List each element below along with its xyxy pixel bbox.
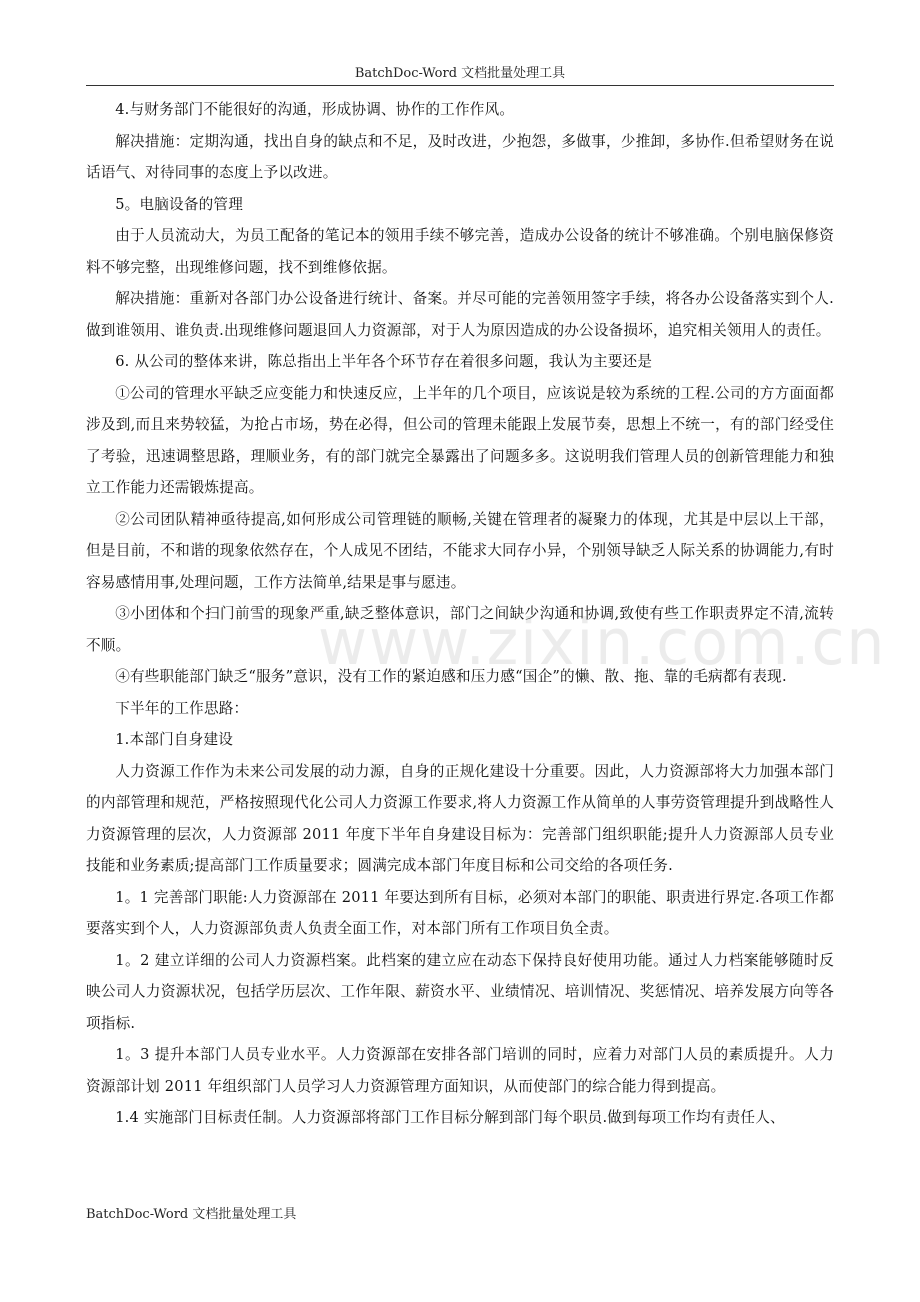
section-heading: 1.本部门自身建设 xyxy=(86,724,834,756)
paragraph: 4.与财务部门不能很好的沟通，形成协调、协作的工作作风。 xyxy=(86,94,834,126)
page-header: BatchDoc-Word 文档批量处理工具 xyxy=(86,64,834,84)
paragraph: ②公司团队精神亟待提高,如何形成公司管理链的顺畅,关键在管理者的凝聚力的体现，尤… xyxy=(86,504,834,599)
paragraph: 解决措施：重新对各部门办公设备进行统计、备案。并尽可能的完善领用签字手续，将各办… xyxy=(86,283,834,346)
paragraph: 解决措施：定期沟通，找出自身的缺点和不足，及时改进，少抱怨，多做事，少推卸，多协… xyxy=(86,126,834,189)
header-divider xyxy=(86,85,834,86)
paragraph: ④有些职能部门缺乏“服务”意识，没有工作的紧迫感和压力感“国企”的懒、散、拖、靠… xyxy=(86,661,834,693)
paragraph: 1。2 建立详细的公司人力资源档案。此档案的建立应在动态下保持良好使用功能。通过… xyxy=(86,945,834,1040)
paragraph: ③小团体和个扫门前雪的现象严重,缺乏整体意识，部门之间缺少沟通和协调,致使有些工… xyxy=(86,598,834,661)
section-heading: 6. 从公司的整体来讲，陈总指出上半年各个环节存在着很多问题，我认为主要还是 xyxy=(86,346,834,378)
paragraph: 1。1 完善部门职能:人力资源部在 2011 年要达到所有目标，必须对本部门的职… xyxy=(86,882,834,945)
section-heading: 下半年的工作思路： xyxy=(86,693,834,725)
paragraph: 人力资源工作作为未来公司发展的动力源，自身的正规化建设十分重要。因此，人力资源部… xyxy=(86,756,834,882)
page-footer: BatchDoc-Word 文档批量处理工具 xyxy=(86,1205,296,1225)
document-body: 4.与财务部门不能很好的沟通，形成协调、协作的工作作风。 解决措施：定期沟通，找… xyxy=(86,94,834,1134)
section-heading: 5。电脑设备的管理 xyxy=(86,189,834,221)
paragraph: ①公司的管理水平缺乏应变能力和快速反应，上半年的几个项目，应该说是较为系统的工程… xyxy=(86,378,834,504)
paragraph: 由于人员流动大，为员工配备的笔记本的领用手续不够完善，造成办公设备的统计不够准确… xyxy=(86,220,834,283)
paragraph: 1。3 提升本部门人员专业水平。人力资源部在安排各部门培训的同时，应着力对部门人… xyxy=(86,1039,834,1102)
document-page: BatchDoc-Word 文档批量处理工具 www.zixin.com.cn … xyxy=(0,0,920,1302)
paragraph: 1.4 实施部门目标责任制。人力资源部将部门工作目标分解到部门每个职员.做到每项… xyxy=(86,1102,834,1134)
